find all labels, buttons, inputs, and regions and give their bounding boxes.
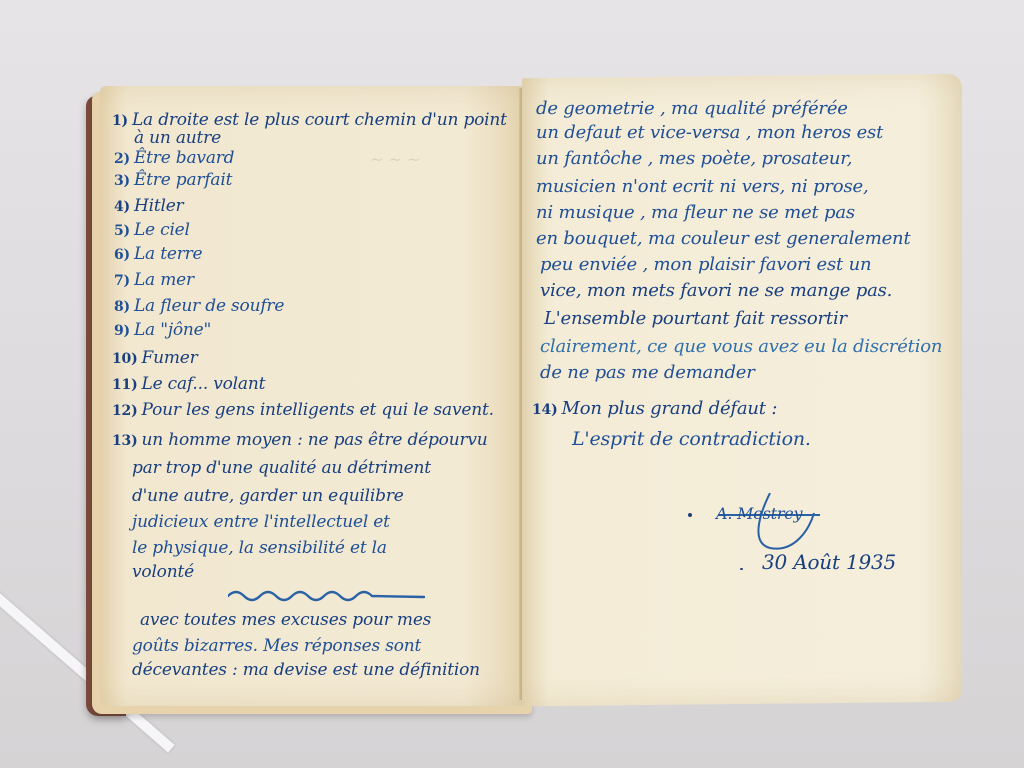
- answer-6: 6)La terre: [114, 246, 202, 263]
- answer-12: 12)Pour les gens intelligents et qui le …: [112, 402, 494, 419]
- answer-10: 10)Fumer: [112, 350, 198, 367]
- answer-9: 9)La "jône": [114, 322, 211, 339]
- answer-8: 8)La fleur de soufre: [114, 298, 284, 315]
- signature: A. Mestrey: [716, 506, 802, 522]
- right-line: vice, mon mets favori ne se mange pas.: [540, 282, 892, 300]
- closing-line: avec toutes mes excuses pour mes: [140, 612, 431, 629]
- answer-3: 3)Être parfait: [114, 172, 232, 189]
- signature-flourish: [710, 493, 830, 553]
- closing-line: goûts bizarres. Mes réponses sont: [132, 638, 421, 655]
- right-line: peu enviée , mon plaisir favori est un: [540, 256, 871, 274]
- ink-dot: [688, 513, 692, 517]
- bleed-through-text: ~ ~ ~: [370, 150, 420, 169]
- date: 30 Août 1935: [762, 552, 896, 572]
- closing-line: décevantes : ma devise est une définitio…: [132, 662, 480, 679]
- answer-1: 1)La droite est le plus court chemin d'u…: [112, 112, 507, 129]
- answer-2: 2)Être bavard: [114, 150, 234, 167]
- question-14: 14)Mon plus grand défaut :: [532, 400, 777, 418]
- right-line: un defaut et vice-versa , mon heros est: [536, 124, 883, 142]
- decorative-squiggle: [228, 588, 428, 602]
- answer-5: 5)Le ciel: [114, 222, 190, 239]
- right-line: ni musique , ma fleur ne se met pas: [536, 204, 855, 222]
- para-line: d'une autre, garder un equilibre: [132, 488, 404, 505]
- answer-13: 13)un homme moyen : ne pas être dépourvu: [112, 432, 488, 449]
- answer-11: 11)Le caf... volant: [112, 376, 265, 393]
- answer-1-cont: à un autre: [134, 130, 221, 147]
- right-line: un fantôche , mes poète, prosateur,: [536, 150, 852, 168]
- answer-4: 4)Hitler: [114, 198, 184, 215]
- para-line: judicieux entre l'intellectuel et: [132, 514, 390, 531]
- right-line: musicien n'ont ecrit ni vers, ni prose,: [536, 178, 868, 196]
- para-line: par trop d'une qualité au détriment: [132, 460, 431, 477]
- answer-7: 7)La mer: [114, 272, 194, 289]
- photo-scene: ~ ~ ~ 1)La droite est le plus court chem…: [0, 0, 1024, 768]
- right-line: en bouquet, ma couleur est generalement: [536, 230, 910, 248]
- right-line: clairement, ce que vous avez eu la discr…: [540, 338, 942, 356]
- right-line: de ne pas me demander: [540, 364, 755, 382]
- para-line: le physique, la sensibilité et la: [132, 540, 387, 557]
- para-line: volonté: [132, 564, 194, 581]
- right-line: L'ensemble pourtant fait ressortir: [544, 310, 847, 328]
- answer-14: L'esprit de contradiction.: [572, 430, 811, 449]
- right-line: de geometrie , ma qualité préférée: [536, 100, 848, 118]
- ink-dash: [740, 568, 743, 570]
